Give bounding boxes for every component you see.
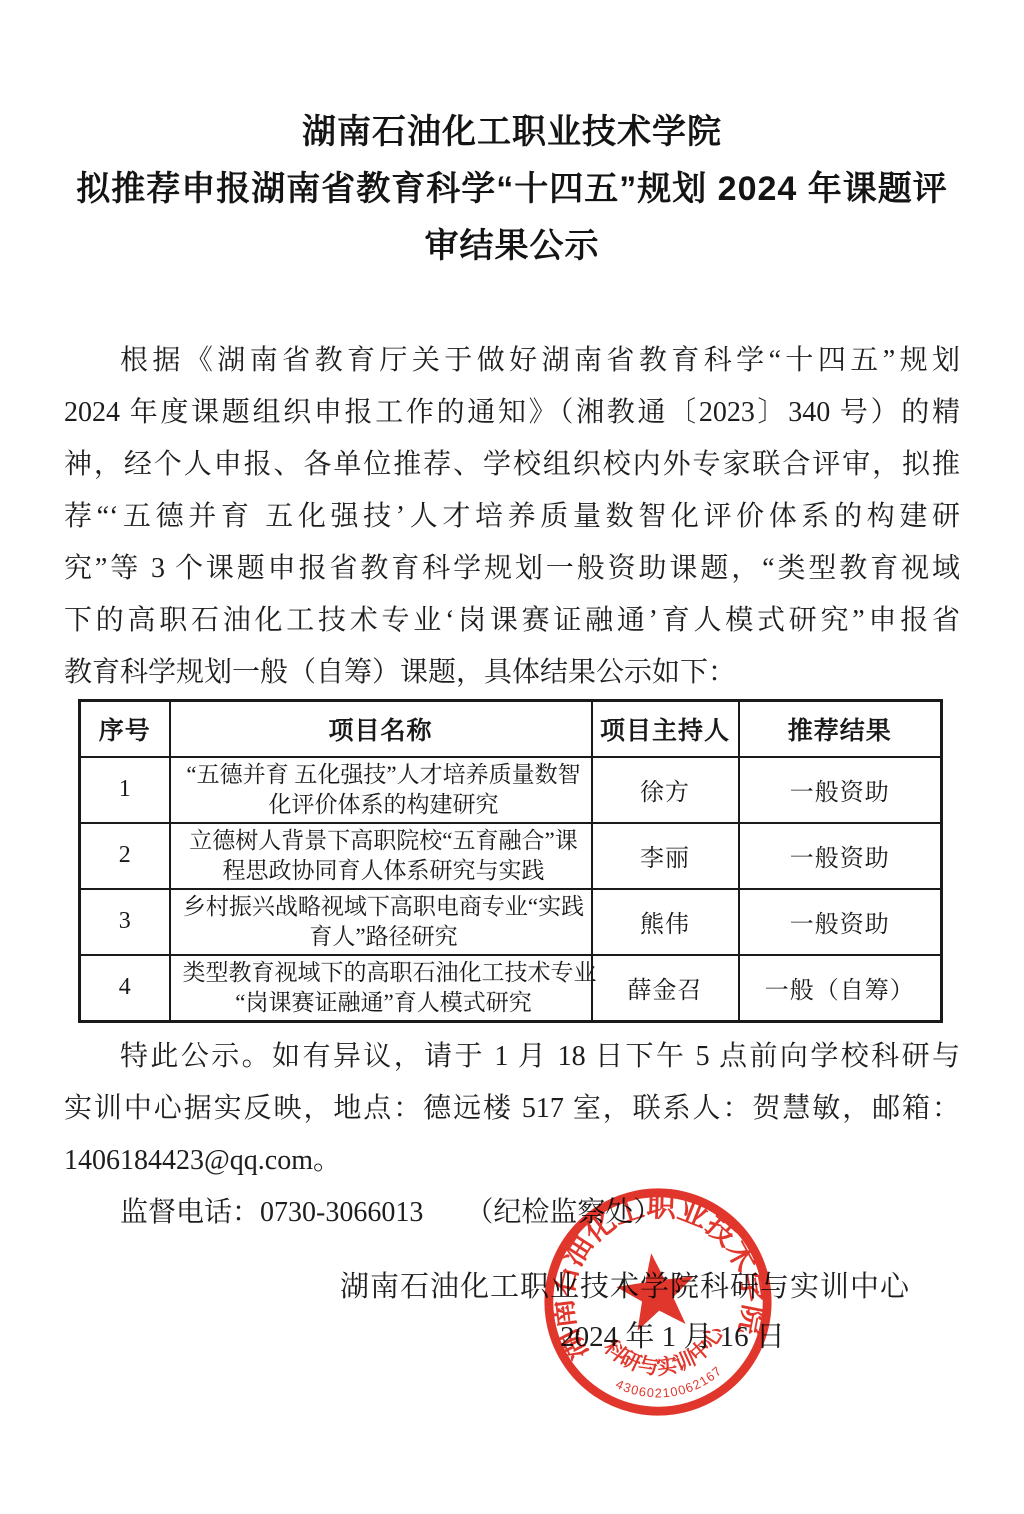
row-leader: 徐方 xyxy=(592,757,739,823)
project-name-line: “岗课赛证融通”育人模式研究 xyxy=(183,988,585,1018)
header-leader: 项目主持人 xyxy=(592,701,739,757)
row-seq: 4 xyxy=(80,955,170,1022)
title-line-3: 审结果公示 xyxy=(0,218,1024,275)
row-leader: 李丽 xyxy=(592,823,739,889)
row-result: 一般（自筹） xyxy=(739,955,942,1022)
row-project-name: 乡村振兴战略视域下高职电商专业“实践 育人”路径研究 xyxy=(170,889,592,955)
seal-number: 43060210062167 xyxy=(612,1362,728,1408)
closing-email-line: 1406184423@qq.com。 xyxy=(64,1135,960,1187)
project-name-line: “五德并育 五化强技”人才培养质量数智 xyxy=(183,760,585,790)
row-project-name: “五德并育 五化强技”人才培养质量数智 化评价体系的构建研究 xyxy=(170,757,592,823)
row-result: 一般资助 xyxy=(739,823,942,889)
row-leader: 熊伟 xyxy=(592,889,739,955)
project-name-line: 立德树人背景下高职院校“五育融合”课 xyxy=(183,826,585,856)
row-seq: 2 xyxy=(80,823,170,889)
title-line-2: 拟推荐申报湖南省教育科学“十四五”规划 2024 年课题评 xyxy=(0,161,1024,218)
body-line: 荐“‘五德并育 五化强技’人才培养质量数智化评价体系的构建研 xyxy=(64,491,960,543)
document-title: 湖南石油化工职业技术学院 拟推荐申报湖南省教育科学“十四五”规划 2024 年课… xyxy=(0,0,1024,275)
supervision-phone-line: 监督电话：0730-3066013 （纪检监察处） xyxy=(64,1187,960,1239)
document-page: 湖南石油化工职业技术学院 拟推荐申报湖南省教育科学“十四五”规划 2024 年课… xyxy=(0,0,1024,1514)
row-seq: 1 xyxy=(80,757,170,823)
body-line: 究”等 3 个课题申报省教育科学规划一般资助课题，“类型教育视域 xyxy=(64,543,960,595)
row-project-name: 立德树人背景下高职院校“五育融合”课 程思政协同育人体系研究与实践 xyxy=(170,823,592,889)
row-result: 一般资助 xyxy=(739,889,942,955)
signature-org: 湖南石油化工职业技术学院科研与实训中心 xyxy=(340,1262,910,1312)
row-project-name: 类型教育视域下的高职石油化工技术专业 “岗课赛证融通”育人模式研究 xyxy=(170,955,592,1022)
project-name-line: 程思政协同育人体系研究与实践 xyxy=(183,856,585,886)
body-line: 根据《湖南省教育厅关于做好湖南省教育科学“十四五”规划 xyxy=(64,335,960,387)
header-project-name: 项目名称 xyxy=(170,701,592,757)
table-row: 1 “五德并育 五化强技”人才培养质量数智 化评价体系的构建研究 徐方 一般资助 xyxy=(80,757,942,823)
closing-paragraph: 特此公示。如有异议，请于 1 月 18 日下午 5 点前向学校科研与 实训中心据… xyxy=(64,1031,960,1239)
project-name-line: 类型教育视域下的高职石油化工技术专业 xyxy=(183,958,585,988)
header-seq: 序号 xyxy=(80,701,170,757)
results-table: 序号 项目名称 项目主持人 推荐结果 1 “五德并育 五化强技”人才培养质量数智… xyxy=(78,699,943,1023)
closing-line: 特此公示。如有异议，请于 1 月 18 日下午 5 点前向学校科研与 xyxy=(64,1031,960,1083)
title-line-1: 湖南石油化工职业技术学院 xyxy=(0,104,1024,161)
body-paragraph: 根据《湖南省教育厅关于做好湖南省教育科学“十四五”规划 2024 年度课题组织申… xyxy=(64,335,960,699)
table-row: 4 类型教育视域下的高职石油化工技术专业 “岗课赛证融通”育人模式研究 薛金召 … xyxy=(80,955,942,1022)
row-seq: 3 xyxy=(80,889,170,955)
row-leader: 薛金召 xyxy=(592,955,739,1022)
header-result: 推荐结果 xyxy=(739,701,942,757)
project-name-line: 育人”路径研究 xyxy=(183,922,585,952)
project-name-line: 化评价体系的构建研究 xyxy=(183,790,585,820)
signature-date: 2024 年 1 月 16 日 xyxy=(340,1312,910,1362)
body-line: 教育科学规划一般（自筹）课题，具体结果公示如下： xyxy=(64,647,960,699)
body-line: 神，经个人申报、各单位推荐、学校组织校内外专家联合评审，拟推 xyxy=(64,439,960,491)
svg-text:43060210062167: 43060210062167 xyxy=(612,1362,728,1408)
table-row: 3 乡村振兴战略视域下高职电商专业“实践 育人”路径研究 熊伟 一般资助 xyxy=(80,889,942,955)
table-row: 2 立德树人背景下高职院校“五育融合”课 程思政协同育人体系研究与实践 李丽 一… xyxy=(80,823,942,889)
body-line: 2024 年度课题组织申报工作的通知》（湘教通〔2023〕340 号）的精 xyxy=(64,387,960,439)
signature-block: 湖南石油化工职业技术学院科研与实训中心 2024 年 1 月 16 日 xyxy=(340,1262,910,1362)
body-line: 下的高职石油化工技术专业‘岗课赛证融通’育人模式研究”申报省 xyxy=(64,595,960,647)
project-name-line: 乡村振兴战略视域下高职电商专业“实践 xyxy=(183,892,585,922)
row-result: 一般资助 xyxy=(739,757,942,823)
table-header-row: 序号 项目名称 项目主持人 推荐结果 xyxy=(80,701,942,757)
closing-line: 实训中心据实反映，地点：德远楼 517 室，联系人：贺慧敏，邮箱： xyxy=(64,1083,960,1135)
